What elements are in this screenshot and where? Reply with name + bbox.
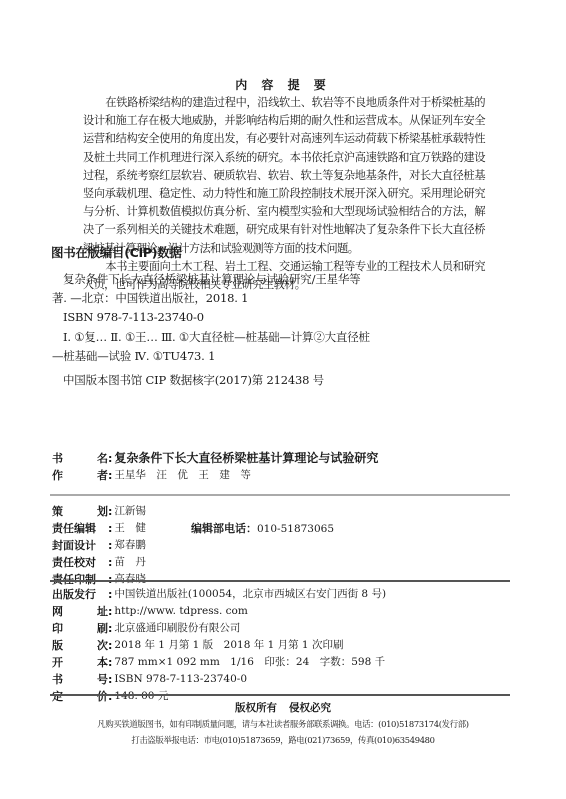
field-value: 中国铁道出版社(100054，北京市西城区右安门西街 8 号) — [114, 586, 386, 603]
field-value: 2018 年 1 月第 1 版 2018 年 1 月第 1 次印刷 — [114, 637, 343, 654]
field-label: 开本 — [52, 654, 108, 671]
cip-entry-title: 复杂条件下长大直径桥梁桩基计算理论与试验研究/王星华等著. —北京：中国铁道出版… — [52, 270, 372, 308]
cip-entry: 复杂条件下长大直径桥梁桩基计算理论与试验研究/王星华等著. —北京：中国铁道出版… — [52, 270, 372, 327]
cip-entry-isbn: ISBN 978-7-113-23740-0 — [52, 308, 372, 327]
field-label: 责任校对 — [52, 554, 108, 571]
field-label: 作者 — [52, 467, 108, 484]
pub-row-isbn: 书号: ISBN 978-7-113-23740-0 — [52, 671, 386, 688]
pub-row-format: 开本: 787 mm×1 092 mm 1/16 印张：24 字数：598 千 — [52, 654, 386, 671]
field-label: 出版发行 — [52, 586, 108, 603]
copyright-heading-right: 侵权必究 — [289, 702, 331, 714]
staff-row-cover: 封面设计: 郑春鹏 — [52, 537, 146, 554]
field-value: 江新锡 — [114, 503, 146, 520]
divider — [50, 494, 510, 496]
abstract-body: 在铁路桥梁结构的建造过程中，沿线软土、软岩等不良地质条件对于桥梁桩基的设计和施工… — [83, 94, 485, 294]
field-value: 苗 丹 — [114, 554, 146, 571]
pub-row-edition: 版次: 2018 年 1 月第 1 版 2018 年 1 月第 1 次印刷 — [52, 637, 386, 654]
abstract-title: 内 容 提 要 — [0, 76, 566, 93]
pub-row-website: 网址: http://www. tdpress. com — [52, 603, 386, 620]
book-title-value: 复杂条件下长大直径桥梁桩基计算理论与试验研究 — [114, 450, 378, 467]
cip-classification: Ⅰ. ①复… Ⅱ. ①王… Ⅲ. ①大直径桩—桩基础—计算②大直径桩—桩基础—试… — [52, 328, 372, 366]
pub-row-publisher: 出版发行: 中国铁道出版社(100054，北京市西城区右安门西街 8 号) — [52, 586, 386, 603]
book-title-row: 书名: 复杂条件下长大直径桥梁桩基计算理论与试验研究 — [52, 450, 378, 467]
cip-record-text: 中国版本图书馆 CIP 数据核字(2017)第 212438 号 — [52, 371, 372, 390]
divider — [50, 580, 510, 582]
copyright-heading-left: 版权所有 — [235, 702, 277, 714]
field-label: 封面设计 — [52, 537, 108, 554]
abstract-paragraph: 在铁路桥梁结构的建造过程中，沿线软土、软岩等不良地质条件对于桥梁桩基的设计和施工… — [83, 94, 485, 258]
editorial-phone-label: 编辑部电话： — [191, 522, 257, 535]
field-value: 王 健 — [114, 520, 146, 537]
field-label: 责任编辑 — [52, 520, 108, 537]
cip-heading: 图书在版编目(CIP)数据 — [51, 243, 182, 261]
staff-row-editor: 责任编辑: 王 健 编辑部电话：010-51873065 — [52, 520, 146, 537]
field-label: 网址 — [52, 603, 108, 620]
copyright-heading: 版权所有侵权必究 — [0, 700, 566, 715]
field-label: 书号 — [52, 671, 108, 688]
field-label: 书名 — [52, 450, 108, 467]
piracy-report-notice: 打击盗版举报电话：市电(010)51873659，路电(021)73659，传真… — [0, 734, 566, 746]
book-info-section: 书名: 复杂条件下长大直径桥梁桩基计算理论与试验研究 作者: 王星华 汪 优 王… — [52, 450, 378, 484]
field-value: 787 mm×1 092 mm 1/16 印张：24 字数：598 千 — [114, 654, 385, 671]
field-label: 印刷 — [52, 620, 108, 637]
field-label: 策划 — [52, 503, 108, 520]
website-link[interactable]: http://www. tdpress. com — [114, 603, 247, 620]
field-value: 北京盛通印刷股份有限公司 — [114, 620, 240, 637]
divider — [50, 694, 510, 696]
staff-row-planner: 策划: 江新锡 — [52, 503, 146, 520]
cip-record: 中国版本图书馆 CIP 数据核字(2017)第 212438 号 — [52, 371, 372, 390]
book-author-row: 作者: 王星华 汪 优 王 建 等 — [52, 467, 378, 484]
field-value: 郑春鹏 — [114, 537, 146, 554]
book-author-value: 王星华 汪 优 王 建 等 — [114, 467, 251, 484]
field-label: 版次 — [52, 637, 108, 654]
field-value: ISBN 978-7-113-23740-0 — [114, 671, 247, 688]
publication-section: 出版发行: 中国铁道出版社(100054，北京市西城区右安门西街 8 号) 网址… — [52, 586, 386, 705]
cip-classification-text: Ⅰ. ①复… Ⅱ. ①王… Ⅲ. ①大直径桩—桩基础—计算②大直径桩—桩基础—试… — [52, 328, 372, 366]
staff-section: 策划: 江新锡 责任编辑: 王 健 编辑部电话：010-51873065 封面设… — [52, 503, 146, 588]
pub-row-printer: 印刷: 北京盛通印刷股份有限公司 — [52, 620, 386, 637]
editorial-phone-value: 010-51873065 — [257, 523, 334, 535]
copyright-notice: 凡购买铁道版图书，如有印制质量问题，请与本社读者服务部联系调换。电话：(010)… — [0, 718, 566, 730]
staff-row-proofreader: 责任校对: 苗 丹 — [52, 554, 146, 571]
editorial-phone: 编辑部电话：010-51873065 — [191, 520, 334, 538]
